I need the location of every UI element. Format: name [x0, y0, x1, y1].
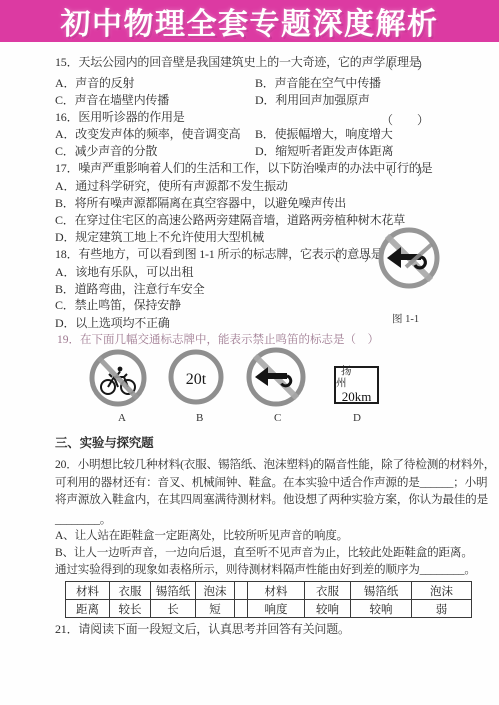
- q15-stem: 15．天坛公园内的回音壁是我国建筑史上的一大奇迹，它的声学原理是: [55, 56, 421, 69]
- weight-limit-sign-icon: 20t: [166, 347, 226, 407]
- q17-option-c: C．在穿过住宅区的高速公路两旁建隔音墙，道路两旁植种树木花草: [55, 214, 405, 227]
- table-cell: 泡沫: [412, 582, 472, 600]
- table-cell: 弱: [412, 600, 472, 618]
- no-bicycle-sign-icon: [87, 347, 149, 409]
- q20-option-a: A、让人站在距鞋盒一定距离处，比较所听见声音的响度。: [55, 529, 348, 542]
- table-cell: 响度: [248, 600, 305, 618]
- sign-letter-b: B: [196, 412, 203, 424]
- table-cell: 较长: [110, 600, 151, 618]
- q17-option-a: A．通过科学研究，使所有声源都不发生振动: [55, 180, 288, 193]
- q16-option-d: D．缩短听者距发声体距离: [255, 145, 393, 158]
- table-gap-cell: [235, 600, 248, 618]
- q16-option-a: A．改变发声体的频率，使音调变高: [55, 128, 240, 141]
- q20-line4-blank: ________。: [55, 513, 111, 526]
- q16-option-b: B．使振幅增大，响度增大: [255, 128, 393, 141]
- weight-limit-sign-text: 20t: [186, 371, 207, 388]
- q20-line2: 可利用的器材还有：音叉、机械闹钟、鞋盒。在本实验中适合作声源的是______；小…: [55, 476, 487, 489]
- table-cell: 材料: [248, 582, 305, 600]
- q15-answer-brackets: （ ）: [381, 56, 429, 73]
- table-cell: 锡箔纸: [351, 582, 412, 600]
- q15-option-c: C．声音在墙壁内传播: [55, 94, 169, 107]
- table-row: 距离 较长 长 短 响度 较响 较响 弱: [66, 600, 472, 618]
- q17-answer-brackets: （ ）: [381, 162, 429, 179]
- q20-option-b: B、让人一边听声音，一边向后退，直至听不见声音为止，比较此处距鞋盒的距离。: [55, 546, 473, 559]
- sign-letter-c: C: [274, 412, 281, 424]
- worksheet-page: 15．天坛公园内的回音壁是我国建筑史上的一大奇迹，它的声学原理是 （ ） A．声…: [0, 0, 499, 705]
- table-cell: 距离: [66, 600, 110, 618]
- q17-option-b: B．将所有噪声源都隔离在真空容器中，以避免噪声传出: [55, 197, 346, 210]
- promo-banner: 初中物理全套专题深度解析: [0, 0, 499, 42]
- q18-answer-brackets: （ ）: [328, 248, 376, 265]
- q18-option-a: A．该地有乐队，可以出租: [55, 266, 193, 279]
- q18-option-d: D．以上选项均不正确: [55, 317, 170, 330]
- figure-1-1-label: 图 1-1: [392, 311, 419, 326]
- q15-option-b: B．声音能在空气中传播: [255, 77, 381, 90]
- q16-answer-brackets: （ ）: [381, 111, 429, 128]
- table-gap-cell: [235, 582, 248, 600]
- table-row: 材料 衣服 锡箔纸 泡沫 材料 衣服 锡箔纸 泡沫: [66, 582, 472, 600]
- sign-letter-a: A: [118, 412, 126, 424]
- q16-stem: 16．医用听诊器的作用是: [55, 111, 185, 124]
- q18-option-c: C．禁止鸣笛，保持安静: [55, 299, 181, 312]
- q18-option-b: B．道路弯曲，注意行车安全: [55, 283, 204, 296]
- sign-letter-d: D: [353, 412, 361, 424]
- no-honking-sign-icon: [376, 226, 442, 294]
- table-cell: 长: [151, 600, 196, 618]
- table-cell: 衣服: [305, 582, 351, 600]
- distance-sign: 扬 州 20km: [334, 366, 379, 404]
- section-3-header: 三、实验与探究题: [55, 437, 153, 450]
- promo-banner-text: 初中物理全套专题深度解析: [61, 0, 439, 43]
- table-cell: 锡箔纸: [151, 582, 196, 600]
- q20-line3: 将声源放入鞋盒内，在其四周塞满待测材料。他设想了两种实验方案，你认为最佳的是: [55, 493, 488, 506]
- table-cell: 衣服: [110, 582, 151, 600]
- q21-stem: 21．请阅读下面一段短文后，认真思考并回答有关问题。: [55, 623, 350, 636]
- q15-option-a: A．声音的反射: [55, 77, 134, 90]
- experiment-table: 材料 衣服 锡箔纸 泡沫 材料 衣服 锡箔纸 泡沫 距离 较长 长 短 响度 较…: [65, 581, 472, 618]
- q20-conclusion: 通过实验得到的现象如表格所示，则待测材料隔声性能由好到差的顺序为________…: [55, 563, 476, 576]
- q15-option-d: D．利用回声加强原声: [255, 94, 370, 107]
- table-cell: 材料: [66, 582, 110, 600]
- table-cell: 较响: [305, 600, 351, 618]
- distance-sign-distance: 20km: [342, 390, 372, 404]
- q17-stem: 17．噪声严重影响着人们的生活和工作，以下防治噪声的办法中可行的是: [55, 162, 432, 175]
- distance-sign-city: 扬 州: [336, 366, 377, 390]
- q20-line1: 20．小明想比较几种材料(衣服、锡箔纸、泡沫塑料)的隔音性能，除了待检测的材料外…: [55, 458, 495, 471]
- q16-option-c: C．减少声音的分散: [55, 145, 157, 158]
- table-cell: 较响: [351, 600, 412, 618]
- no-honking-sign-small-icon: [244, 345, 308, 409]
- table-cell: 短: [196, 600, 235, 618]
- q17-option-d: D．规定建筑工地上不允许使用大型机械: [55, 231, 264, 244]
- table-cell: 泡沫: [196, 582, 235, 600]
- q19-ghost-line: 19．在下面几幅交通标志牌中，能表示禁止鸣笛的标志是（ ）: [57, 331, 379, 347]
